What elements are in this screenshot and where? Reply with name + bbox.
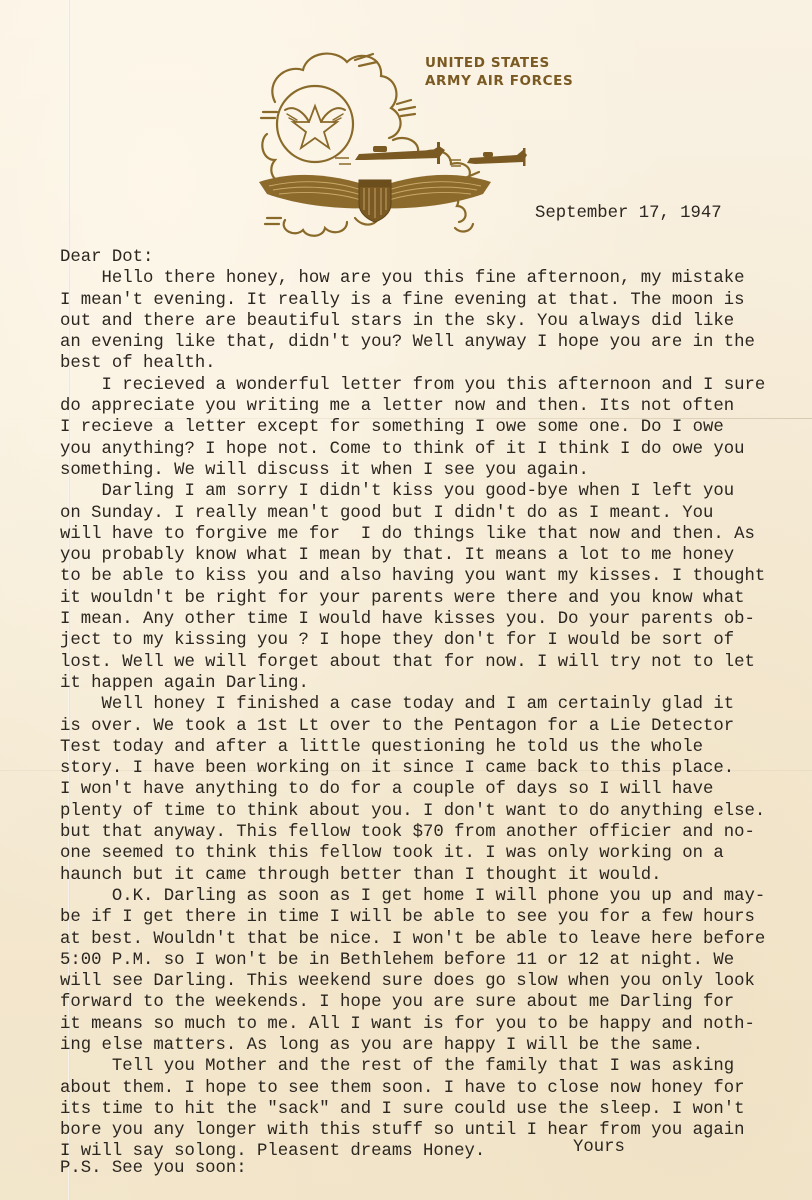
- letter-body-line: it wouldn't be right for your parents we…: [60, 588, 765, 609]
- letter-body-line: Tell you Mother and the rest of the fami…: [60, 1056, 765, 1077]
- letter-body-line: at best. Wouldn't that be nice. I won't …: [60, 929, 765, 950]
- letter-body-line: ject to my kissing you ? I hope they don…: [60, 630, 765, 651]
- letter-body-line: be if I get there in time I will be able…: [60, 907, 765, 928]
- letter-body-line: O.K. Darling as soon as I get home I wil…: [60, 886, 765, 907]
- letter-body-line: an evening like that, didn't you? Well a…: [60, 332, 765, 353]
- letter-body-line: is over. We took a 1st Lt over to the Pe…: [60, 716, 765, 737]
- letter-page: UNITED STATES ARMY AIR FORCES September …: [0, 0, 812, 1200]
- letter-body: Dear Dot: Hello there honey, how are you…: [60, 247, 765, 1163]
- letterhead-line-2: ARMY AIR FORCES: [425, 72, 573, 90]
- letter-body-line: Darling I am sorry I didn't kiss you goo…: [60, 481, 765, 502]
- letter-body-line: lost. Well we will forget about that for…: [60, 652, 765, 673]
- letter-salutation: Dear Dot:: [60, 247, 765, 268]
- letter-body-line: but that anyway. This fellow took $70 fr…: [60, 822, 765, 843]
- letter-date: September 17, 1947: [535, 203, 722, 225]
- letter-body-line: Hello there honey, how are you this fine…: [60, 268, 765, 289]
- letter-body-line: I recieved a wonderful letter from you t…: [60, 375, 765, 396]
- letter-body-line: will have to forgive me for I do things …: [60, 524, 765, 545]
- letter-body-line: something. We will discuss it when I see…: [60, 460, 765, 481]
- letter-body-line: 5:00 P.M. so I won't be in Bethlehem bef…: [60, 950, 765, 971]
- letter-body-line: it happen again Darling.: [60, 673, 765, 694]
- letter-body-line: I won't have anything to do for a couple…: [60, 779, 765, 800]
- letter-body-line: do appreciate you writing me a letter no…: [60, 396, 765, 417]
- letter-body-line: on Sunday. I really mean't good but I di…: [60, 503, 765, 524]
- letter-body-line: I mean. Any other time I would have kiss…: [60, 609, 765, 630]
- letter-body-line: to be able to kiss you and also having y…: [60, 566, 765, 587]
- letter-body-line: forward to the weekends. I hope you are …: [60, 992, 765, 1013]
- letter-body-line: best of health.: [60, 353, 765, 374]
- letterhead-line-1: UNITED STATES: [425, 54, 573, 72]
- letter-body-line: one seemed to think this fellow took it.…: [60, 843, 765, 864]
- letter-body-line: about them. I hope to see them soon. I h…: [60, 1078, 765, 1099]
- letterhead-title: UNITED STATES ARMY AIR FORCES: [425, 54, 573, 90]
- letter-body-line: plenty of time to think about you. I don…: [60, 801, 765, 822]
- letter-body-line: ing else matters. As long as you are hap…: [60, 1035, 765, 1056]
- letter-body-line: its time to hit the "sack" and I sure co…: [60, 1099, 765, 1120]
- letter-body-line: I mean't evening. It really is a fine ev…: [60, 290, 765, 311]
- letter-body-line: out and there are beautiful stars in the…: [60, 311, 765, 332]
- letter-body-line: story. I have been working on it since I…: [60, 758, 765, 779]
- letter-body-line: Well honey I finished a case today and I…: [60, 694, 765, 715]
- letter-body-line: will see Darling. This weekend sure does…: [60, 971, 765, 992]
- letter-body-line: you probably know what I mean by that. I…: [60, 545, 765, 566]
- letter-body-line: it means so much to me. All I want is fo…: [60, 1014, 765, 1035]
- letter-body-line: Test today and after a little questionin…: [60, 737, 765, 758]
- letter-closing: Yours: [573, 1137, 625, 1159]
- letter-body-line: bore you any longer with this stuff so u…: [60, 1120, 765, 1141]
- letter-body-line: you anything? I hope not. Come to think …: [60, 439, 765, 460]
- letter-body-line: I recieve a letter except for something …: [60, 417, 765, 438]
- letter-postscript: P.S. See you soon:: [60, 1158, 247, 1180]
- letter-body-line: haunch but it came through better than I…: [60, 865, 765, 886]
